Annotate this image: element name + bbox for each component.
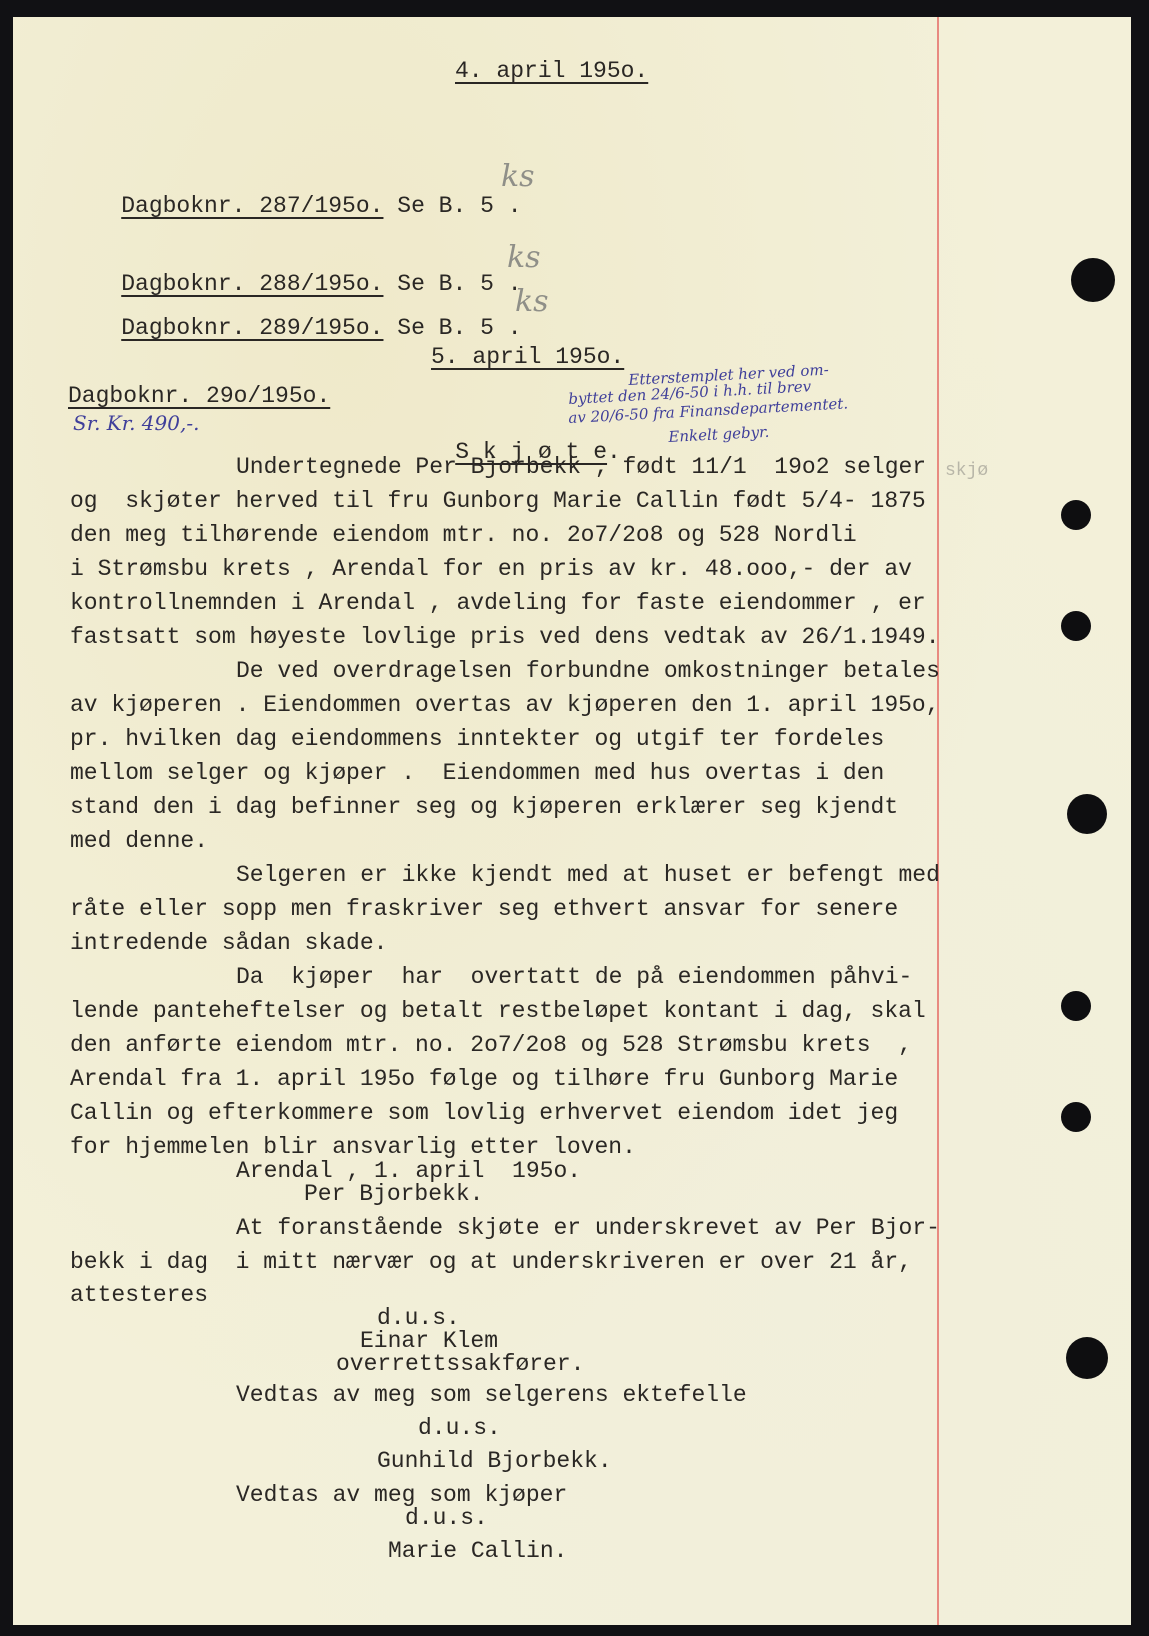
body-line: Arendal fra 1. april 195o følge og tilhø… — [70, 1066, 898, 1092]
body-line: den anførte eiendom mtr. no. 2o7/2o8 og … — [70, 1032, 912, 1058]
red-margin-rule — [937, 17, 939, 1625]
entry-note: Se B. 5 . — [383, 193, 521, 219]
body-line: i Strømsbu krets , Arendal for en pris a… — [70, 556, 912, 582]
body-line: stand den i dag befinner seg og kjøperen… — [70, 794, 898, 820]
body-line: og skjøter herved til fru Gunborg Marie … — [70, 488, 926, 514]
document-page: 4. april 195o. Dagboknr. 287/195o. Se B.… — [13, 17, 1131, 1625]
handwritten-fee: Sr. Kr. 490,-. — [73, 415, 199, 432]
body-line: De ved overdragelsen forbundne omkostnin… — [236, 658, 940, 684]
body-line: fastsatt som høyeste lovlige pris ved de… — [70, 624, 940, 650]
faint-overflow-text: skjø — [945, 458, 988, 484]
body-line: Selgeren er ikke kjendt med at huset er … — [236, 862, 940, 888]
attestation-title: overrettssakfører. — [336, 1351, 584, 1377]
annotation-line: Enkelt gebyr. — [668, 424, 770, 446]
pencil-mark: ks — [515, 287, 549, 317]
body-line: råte eller sopp men fraskriver seg ethve… — [70, 896, 898, 922]
punch-hole — [1061, 611, 1091, 641]
date-header-5-april: 5. april 195o. — [431, 344, 624, 370]
handwritten-annotation: Etterstemplet her ved om- byttet den 24/… — [568, 372, 928, 462]
entry-ref: Dagboknr. 289/195o. — [121, 315, 383, 341]
pencil-mark: ks — [501, 162, 535, 192]
pencil-mark: ks — [507, 243, 541, 273]
spouse-signer: Gunhild Bjorbekk. — [377, 1448, 612, 1474]
body-line: den meg tilhørende eiendom mtr. no. 2o7/… — [70, 522, 857, 548]
signature-seller: Per Bjorbekk. — [304, 1181, 483, 1207]
attestation-line: bekk i dag i mitt nærvær og at underskri… — [70, 1249, 912, 1275]
body-line: mellom selger og kjøper . Eiendommen med… — [70, 760, 884, 786]
punch-hole — [1071, 258, 1115, 302]
buyer-consent: Vedtas av meg som kjøper — [236, 1482, 567, 1508]
body-line: Callin og efterkommere som lovlig erhver… — [70, 1100, 898, 1126]
body-line: med denne. — [70, 828, 208, 854]
spouse-consent: Vedtas av meg som selgerens ektefelle — [236, 1382, 747, 1408]
body-line: av kjøperen . Eiendommen overtas av kjøp… — [70, 692, 940, 718]
spouse-dus: d.u.s. — [418, 1415, 501, 1441]
punch-hole — [1061, 991, 1091, 1021]
punch-hole — [1066, 1337, 1108, 1379]
entry-note: Se B. 5 . — [383, 315, 521, 341]
entry-287: Dagboknr. 287/195o. Se B. 5 . — [66, 167, 522, 245]
date-header-4-april: 4. april 195o. — [455, 58, 648, 84]
buyer-dus: d.u.s. — [405, 1505, 488, 1531]
body-line: Da kjøper har overtatt de på eiendommen … — [236, 964, 912, 990]
body-line: Undertegnede Per Bjorbekk , født 11/1 19… — [236, 454, 926, 480]
buyer-signer: Marie Callin. — [388, 1538, 567, 1564]
attestation-line: At foranstående skjøte er underskrevet a… — [236, 1215, 940, 1241]
attestation-line: attesteres — [70, 1282, 208, 1308]
body-line: pr. hvilken dag eiendommens inntekter og… — [70, 726, 884, 752]
entry-290-ref: Dagboknr. 29o/195o. — [68, 383, 330, 409]
entry-ref: Dagboknr. 287/195o. — [121, 193, 383, 219]
body-line: kontrollnemnden i Arendal , avdeling for… — [70, 590, 926, 616]
punch-hole — [1061, 500, 1091, 530]
body-line: intredende sådan skade. — [70, 930, 387, 956]
punch-hole — [1061, 1102, 1091, 1132]
body-line: for hjemmelen blir ansvarlig etter loven… — [70, 1134, 636, 1160]
body-line: lende panteheftelser og betalt restbeløp… — [70, 998, 926, 1024]
punch-hole — [1067, 794, 1107, 834]
